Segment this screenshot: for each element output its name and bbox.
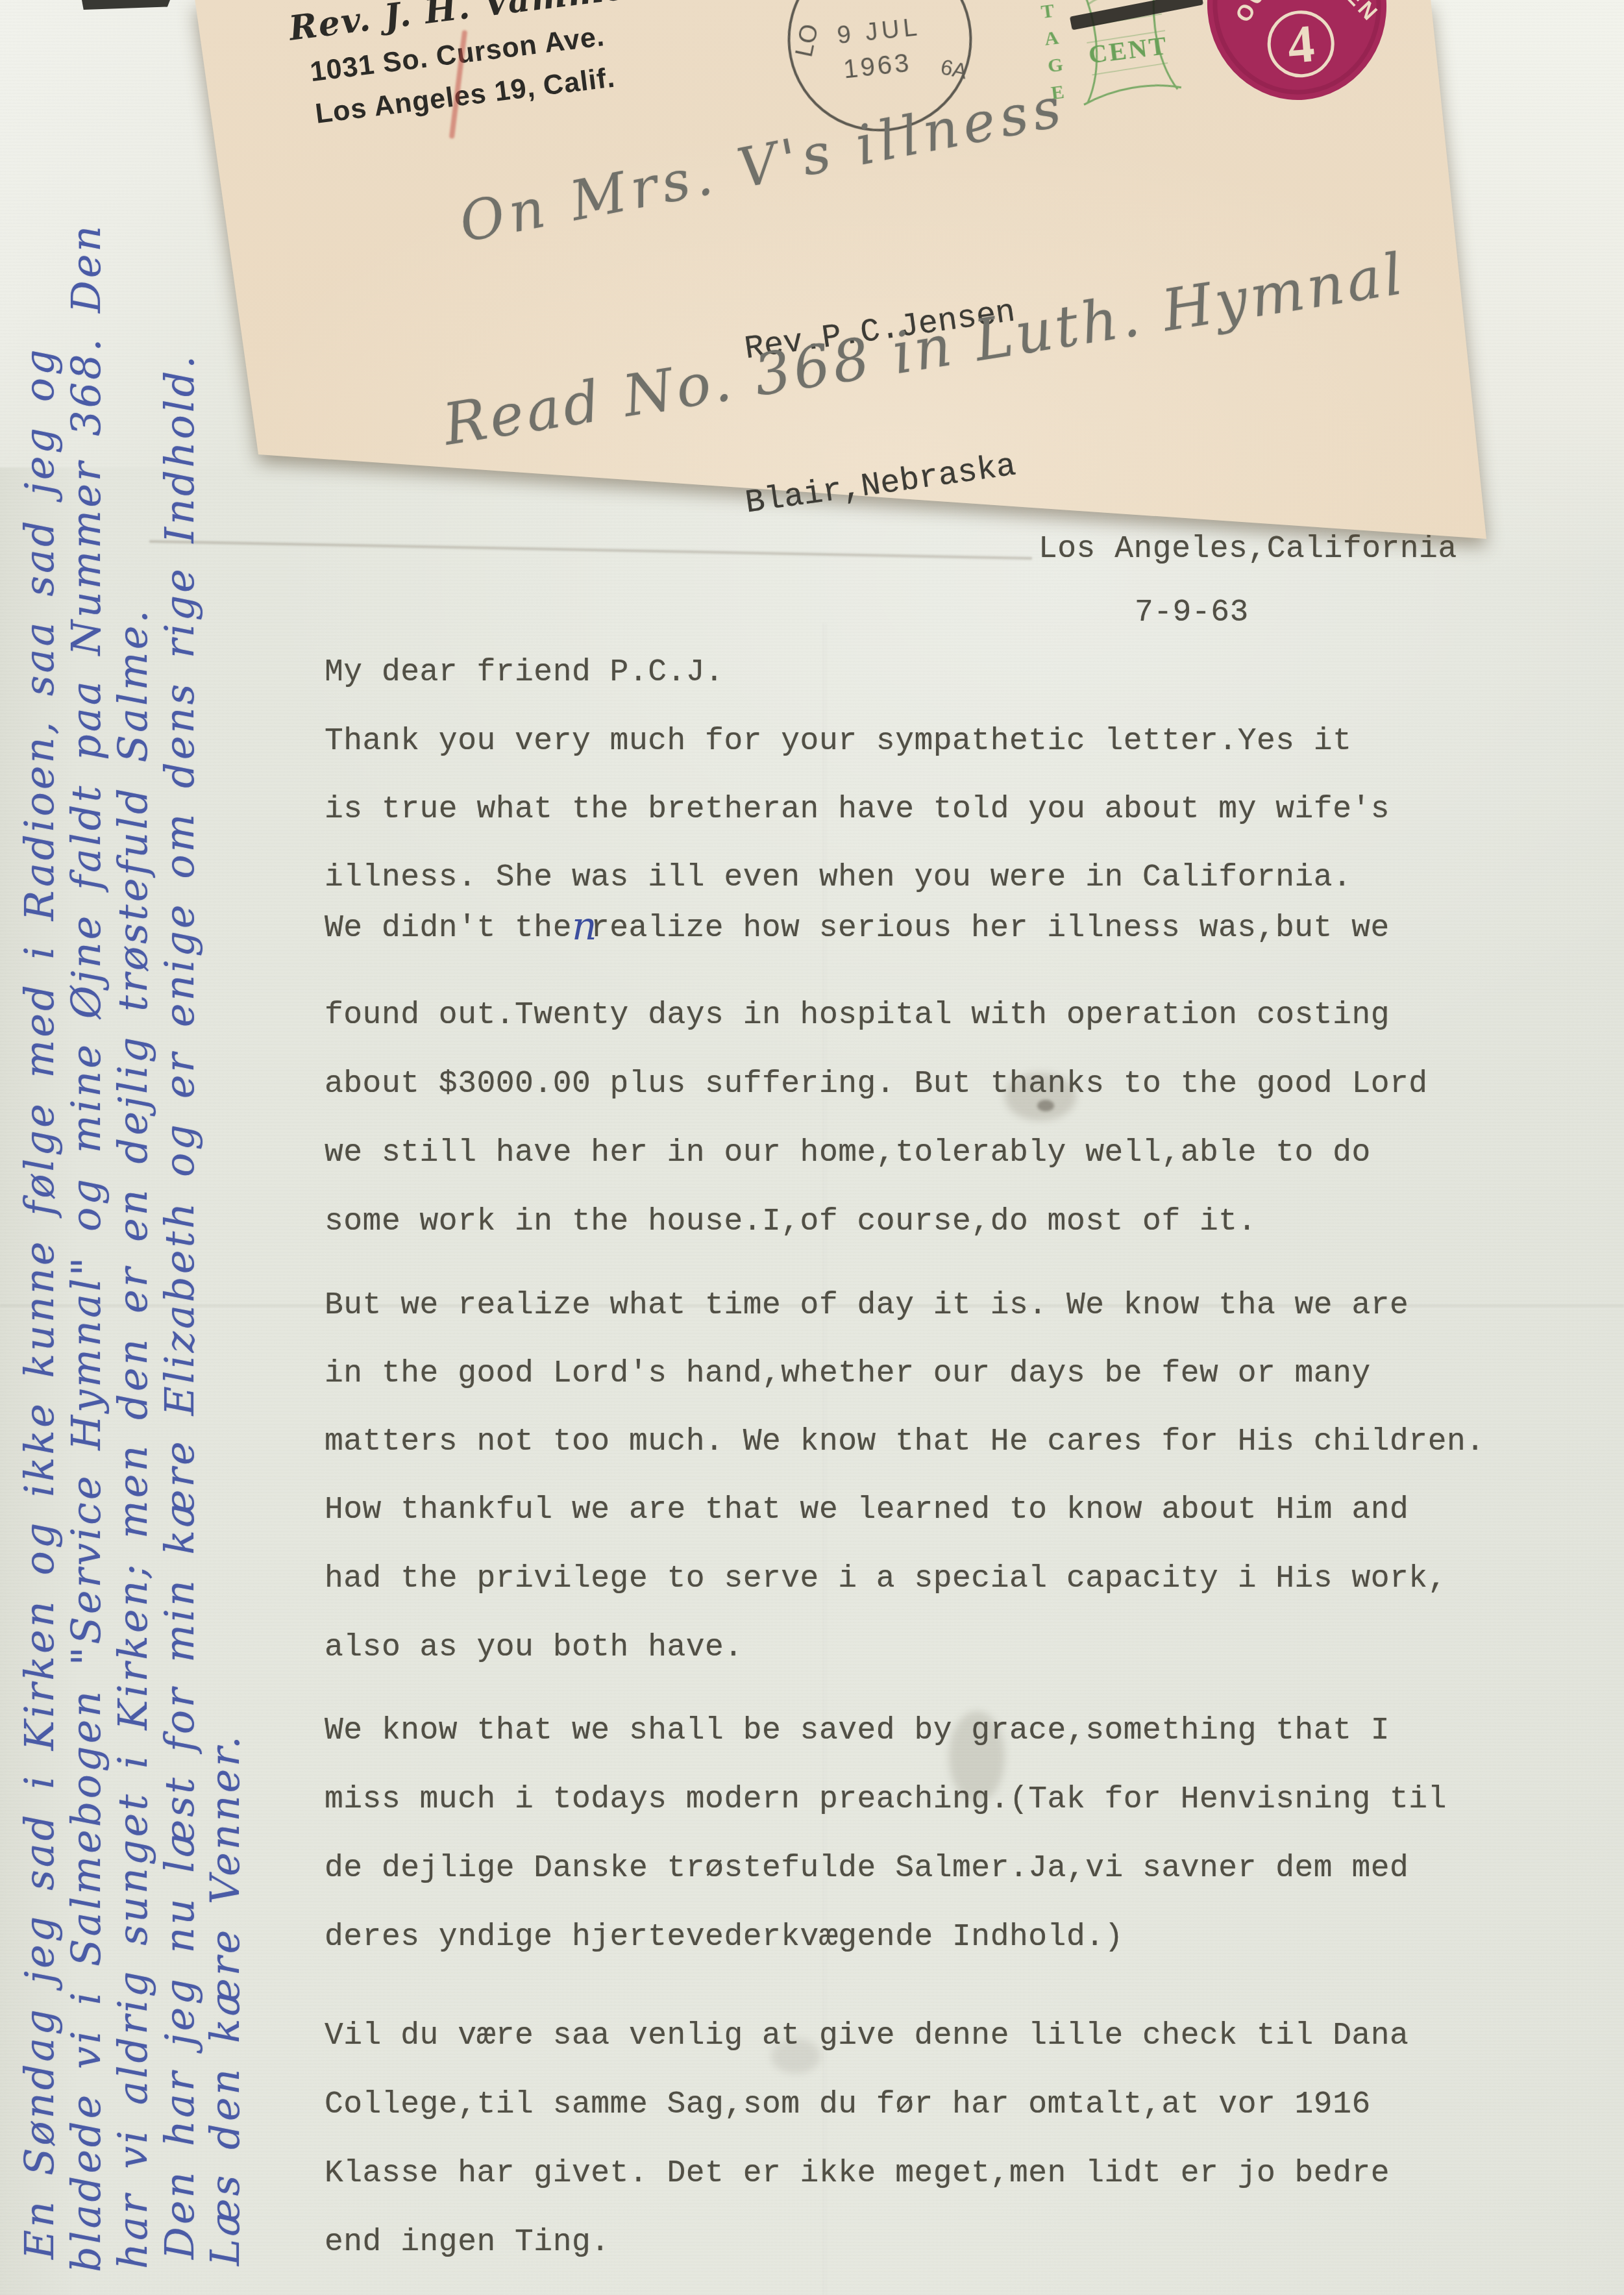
recipient-city: Blair,Nebraska — [743, 445, 1039, 522]
postmark-date-year: 1963 — [842, 49, 913, 84]
return-address: Rev. J. H. Vammen 1031 So. Curson Ave. L… — [287, 0, 665, 132]
postmark-time-code: 6A — [939, 55, 969, 84]
green-stamp-letter-t: T — [1040, 0, 1055, 23]
recipient-address: Rev.P.C.Jensen Blair,Nebraska — [732, 221, 1049, 593]
green-stamp-letter-a: A — [1043, 27, 1060, 49]
postmark-city-arc: LO — [791, 21, 824, 59]
red-stamp-denomination: 4 — [1285, 14, 1317, 75]
envelope-content: Rev. J. H. Vammen 1031 So. Curson Ave. L… — [0, 0, 1624, 2295]
postmark-date-day: 9 JUL — [836, 14, 922, 49]
green-stamp-letter-g: G — [1046, 54, 1064, 77]
green-stamp-label: CENT — [1087, 31, 1170, 69]
red-postage-stamp: 4 OUR CEN — [1191, 0, 1402, 111]
scanned-letter-page: Los Angeles,California 7-9-63 My dear fr… — [0, 0, 1624, 2295]
